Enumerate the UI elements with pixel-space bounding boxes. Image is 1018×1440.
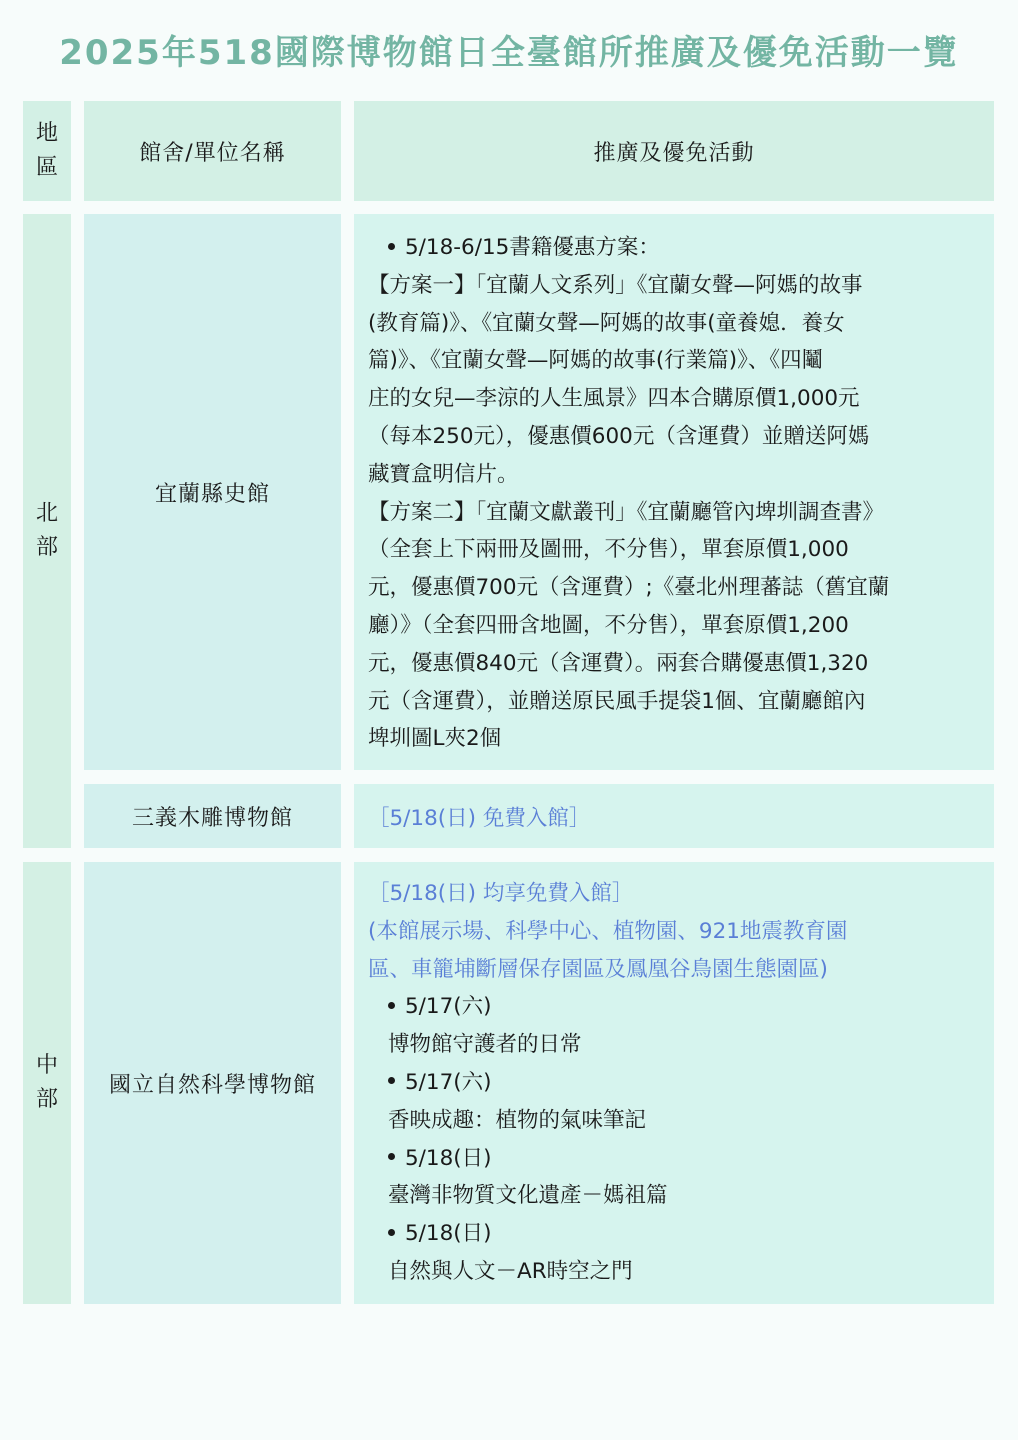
- venue-name: 宜蘭縣史館: [155, 477, 270, 508]
- bullet-icon: [388, 1002, 395, 1009]
- bullet-icon: [388, 243, 395, 250]
- activity-date: 5/17(六): [405, 1070, 492, 1095]
- activity-bullet-item: 5/17(六): [368, 988, 980, 1026]
- activity-text: (教育篇)》、《宜蘭女聲—阿媽的故事(童養媳．養女: [368, 305, 980, 343]
- bullet-icon: [388, 1229, 395, 1236]
- activity-text: 庄的女兒—李涼的人生風景》四本合購原價1,000元: [368, 380, 980, 418]
- activity-name: 自然與人文－AR時空之門: [368, 1253, 980, 1291]
- header-activity: 推廣及優免活動: [354, 101, 994, 201]
- activity-text: 篇)》、《宜蘭女聲—阿媽的故事(行業篇)》、《四鬮: [368, 342, 980, 380]
- activity-date: 5/18(日): [405, 1146, 492, 1171]
- activity-bullet-item: 5/18(日): [368, 1140, 980, 1178]
- activity-highlight: (本館展示場、科學中心、植物園、921地震教育園: [368, 913, 980, 951]
- header-activity-label: 推廣及優免活動: [593, 136, 754, 167]
- activity-text: 藏寶盒明信片。: [368, 456, 980, 494]
- activity-name: 臺灣非物質文化遺產－媽祖篇: [368, 1177, 980, 1215]
- activity-date: 5/17(六): [405, 994, 492, 1019]
- activity-text: 廳）》（全套四冊含地圖，不分售），單套原價1,200: [368, 607, 980, 645]
- activity-bullet-item: 5/17(六): [368, 1064, 980, 1102]
- activity-date: 5/18(日): [405, 1221, 492, 1246]
- activity-text: 元，優惠價840元（含運費）。兩套合購優惠價1,320: [368, 645, 980, 683]
- activity-text: 元（含運費），並贈送原民風手提袋1個、宜蘭廳館內: [368, 683, 980, 721]
- activity-text: 5/18-6/15書籍優惠方案：: [405, 235, 660, 260]
- activity-cell: ［5/18(日) 免費入館］: [354, 784, 994, 848]
- region-label-central: 中部: [35, 1049, 59, 1117]
- activity-text: （全套上下兩冊及圖冊，不分售），單套原價1,000: [368, 531, 980, 569]
- activity-highlight: ［5/18(日) 免費入館］: [354, 801, 590, 832]
- header-venue: 館舍/單位名稱: [84, 101, 341, 201]
- header-venue-label: 館舍/單位名稱: [139, 136, 285, 167]
- activity-list: ［5/18(日) 均享免費入館］ (本館展示場、科學中心、植物園、921地震教育…: [354, 862, 994, 1291]
- bullet-icon: [388, 1077, 395, 1084]
- activity-text: 【方案一】「宜蘭人文系列」《宜蘭女聲—阿媽的故事: [368, 267, 980, 305]
- venue-name: 國立自然科學博物館: [109, 1068, 316, 1099]
- activity-text: 埤圳圖L夾2個: [368, 720, 980, 758]
- activity-cell: 5/18-6/15書籍優惠方案： 【方案一】「宜蘭人文系列」《宜蘭女聲—阿媽的故…: [354, 214, 994, 770]
- activity-text: 【方案二】「宜蘭文獻叢刊」《宜蘭廳管內埤圳調查書》: [368, 494, 980, 532]
- page-title: 2025年518國際博物館日全臺館所推廣及優免活動一覽: [0, 28, 1018, 78]
- activity-name: 香映成趣：植物的氣味筆記: [368, 1102, 980, 1140]
- activity-cell: ［5/18(日) 均享免費入館］ (本館展示場、科學中心、植物園、921地震教育…: [354, 862, 994, 1304]
- venue-cell: 宜蘭縣史館: [84, 214, 341, 770]
- activity-text: （每本250元），優惠價600元（含運費）並贈送阿媽: [368, 418, 980, 456]
- header-region-label: 地區: [35, 117, 59, 185]
- activity-name: 博物館守護者的日常: [368, 1026, 980, 1064]
- venue-cell: 國立自然科學博物館: [84, 862, 341, 1304]
- region-label-north: 北部: [35, 497, 59, 565]
- venue-name: 三義木雕博物館: [132, 801, 293, 832]
- activity-highlight: 區、車籠埔斷層保存園區及鳳凰谷鳥園生態園區): [368, 951, 980, 989]
- header-region: 地區: [23, 101, 71, 201]
- region-cell-north: 北部: [23, 214, 71, 848]
- venue-cell: 三義木雕博物館: [84, 784, 341, 848]
- bullet-icon: [388, 1153, 395, 1160]
- activity-list: 5/18-6/15書籍優惠方案： 【方案一】「宜蘭人文系列」《宜蘭女聲—阿媽的故…: [354, 214, 994, 758]
- region-cell-central: 中部: [23, 862, 71, 1304]
- activity-bullet-item: 5/18(日): [368, 1215, 980, 1253]
- activity-text: 元，優惠價700元（含運費）;《臺北州理蕃誌（舊宜蘭: [368, 569, 980, 607]
- activity-highlight: ［5/18(日) 均享免費入館］: [368, 875, 980, 913]
- activity-bullet-item: 5/18-6/15書籍優惠方案：: [368, 229, 980, 267]
